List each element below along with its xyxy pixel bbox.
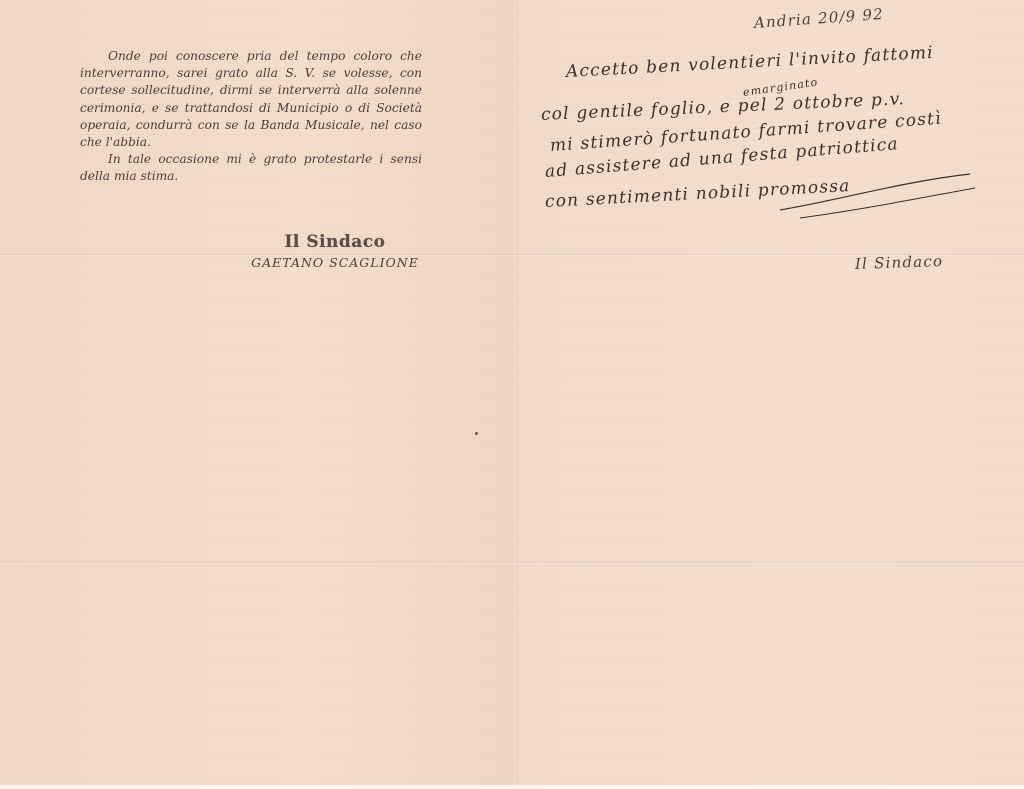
- printed-signature-block: Il Sindaco GAETANO SCAGLIONE: [225, 232, 445, 270]
- signature-title: Il Sindaco: [225, 232, 445, 252]
- ink-speck: [475, 432, 478, 435]
- lower-fold-line: [0, 562, 1024, 565]
- signature-name: GAETANO SCAGLIONE: [225, 255, 445, 270]
- paper-bottom-edge: [0, 785, 1024, 789]
- letter-sheet: Onde poi conoscere pria del tempo coloro…: [0, 0, 1024, 789]
- printed-paragraph: In tale occasione mi è grato protestarle…: [80, 151, 422, 185]
- handwritten-line: con sentimenti nobili promossa: [544, 176, 851, 212]
- handwritten-line: Accetto ben volentieri l'invito fattomi: [565, 43, 934, 82]
- vertical-fold-line: [513, 0, 516, 789]
- printed-paragraph: Onde poi conoscere pria del tempo coloro…: [80, 48, 422, 151]
- handwritten-date: Andria 20/9 92: [753, 5, 884, 32]
- handwritten-signature: Il Sindaco: [855, 252, 944, 273]
- printed-letter-body: Onde poi conoscere pria del tempo coloro…: [80, 48, 422, 186]
